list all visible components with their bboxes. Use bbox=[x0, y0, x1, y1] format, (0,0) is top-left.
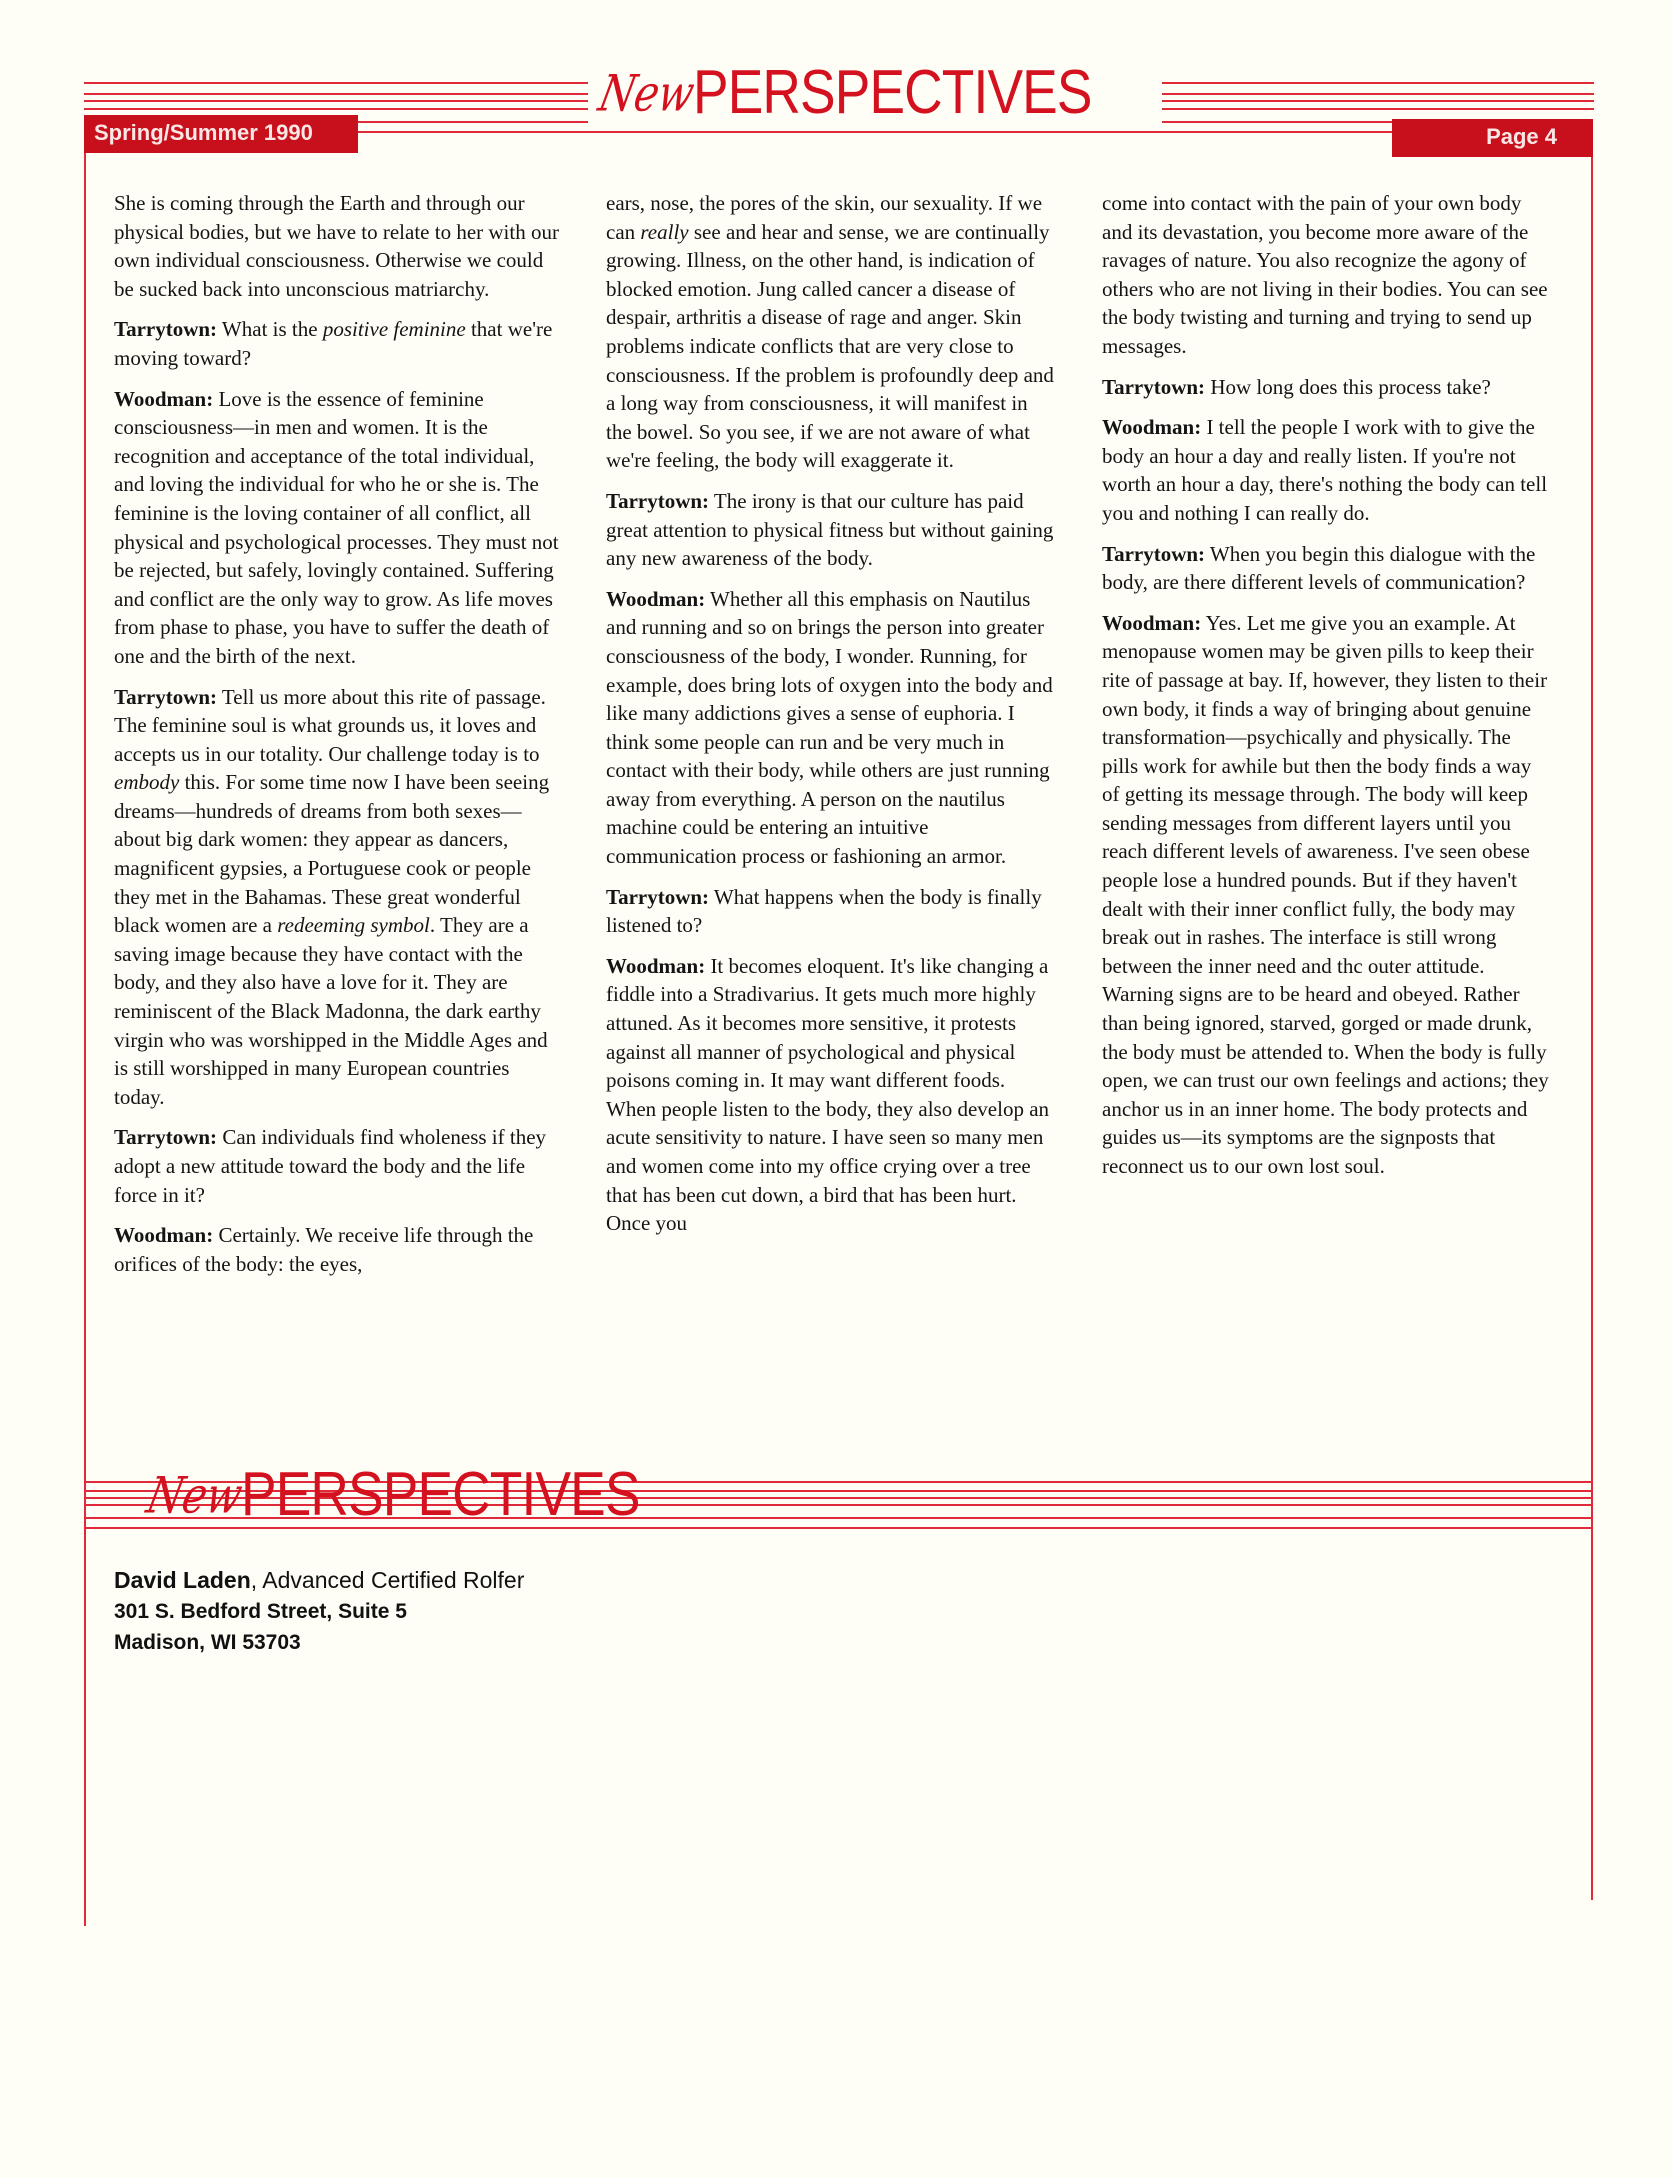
article-paragraph: Tarrytown: Can individuals find wholenes… bbox=[114, 1123, 562, 1209]
masthead-logo: NewPERSPECTIVES bbox=[588, 64, 1162, 123]
speaker-label: Tarrytown: bbox=[606, 885, 709, 909]
speaker-label: Tarrytown: bbox=[1102, 542, 1205, 566]
footer-masthead-logo: NewPERSPECTIVES bbox=[142, 1466, 704, 1525]
emphasis-text: redeeming symbol bbox=[277, 913, 430, 937]
article-paragraph: Tarrytown: What happens when the body is… bbox=[606, 883, 1054, 940]
article-paragraph: Tarrytown: Tell us more about this rite … bbox=[114, 683, 562, 1112]
article-paragraph: Tarrytown: What is the positive feminine… bbox=[114, 315, 562, 372]
article-column-2: ears, nose, the pores of the skin, our s… bbox=[606, 189, 1054, 1250]
article-paragraph: Tarrytown: When you begin this dialogue … bbox=[1102, 540, 1550, 597]
article-column-1: She is coming through the Earth and thro… bbox=[114, 189, 562, 1290]
body-text: Whether all this emphasis on Nautilus an… bbox=[606, 587, 1053, 868]
emphasis-text: really bbox=[640, 220, 688, 244]
speaker-label: Woodman: bbox=[114, 387, 213, 411]
article-column-3: come into contact with the pain of your … bbox=[1102, 189, 1550, 1193]
article-paragraph: Woodman: Yes. Let me give you an example… bbox=[1102, 609, 1550, 1181]
body-text: . They are a saving image because they h… bbox=[114, 913, 548, 1109]
contact-address-line1: 301 S. Bedford Street, Suite 5 bbox=[114, 1596, 524, 1627]
issue-badge: Spring/Summer 1990 bbox=[84, 115, 358, 153]
body-text: see and hear and sense, we are continual… bbox=[606, 220, 1054, 473]
speaker-label: Tarrytown: bbox=[606, 489, 709, 513]
article-paragraph: Woodman: It becomes eloquent. It's like … bbox=[606, 952, 1054, 1238]
body-text: come into contact with the pain of your … bbox=[1102, 191, 1548, 358]
speaker-label: Tarrytown: bbox=[1102, 375, 1205, 399]
body-text: It becomes eloquent. It's like changing … bbox=[606, 954, 1049, 1235]
emphasis-text: embody bbox=[114, 770, 179, 794]
emphasis-text: positive feminine bbox=[323, 317, 466, 341]
body-text: Love is the essence of feminine consciou… bbox=[114, 387, 559, 668]
speaker-label: Woodman: bbox=[114, 1223, 213, 1247]
speaker-label: Woodman: bbox=[606, 954, 705, 978]
logo-perspectives: PERSPECTIVES bbox=[693, 64, 1092, 122]
page-border-left bbox=[84, 153, 86, 1926]
speaker-label: Tarrytown: bbox=[114, 685, 217, 709]
body-text: What is the bbox=[217, 317, 323, 341]
speaker-label: Woodman: bbox=[1102, 415, 1201, 439]
article-paragraph: ears, nose, the pores of the skin, our s… bbox=[606, 189, 1054, 475]
speaker-label: Tarrytown: bbox=[114, 1125, 217, 1149]
contact-address-line2: Madison, WI 53703 bbox=[114, 1627, 524, 1658]
page-number-badge: Page 4 bbox=[1392, 119, 1593, 157]
article-paragraph: Woodman: Certainly. We receive life thro… bbox=[114, 1221, 562, 1278]
article-paragraph: Woodman: Love is the essence of feminine… bbox=[114, 385, 562, 671]
logo-new-script: New bbox=[594, 66, 699, 124]
body-text: Yes. Let me give you an example. At meno… bbox=[1102, 611, 1549, 1178]
body-text: How long does this process take? bbox=[1205, 375, 1491, 399]
contact-title: , Advanced Certified Rolfer bbox=[251, 1567, 525, 1593]
header-rule bbox=[358, 131, 1392, 133]
logo-new-script: New bbox=[142, 1468, 247, 1526]
contact-name: David Laden bbox=[114, 1567, 251, 1593]
speaker-label: Tarrytown: bbox=[114, 317, 217, 341]
article-paragraph: Woodman: Whether all this emphasis on Na… bbox=[606, 585, 1054, 871]
article-paragraph: Woodman: I tell the people I work with t… bbox=[1102, 413, 1550, 527]
article-paragraph: Tarrytown: How long does this process ta… bbox=[1102, 373, 1550, 402]
article-paragraph: Tarrytown: The irony is that our culture… bbox=[606, 487, 1054, 573]
logo-perspectives: PERSPECTIVES bbox=[241, 1466, 640, 1524]
page-border-right bbox=[1591, 157, 1593, 1900]
contact-block: David Laden, Advanced Certified Rolfer 3… bbox=[114, 1565, 524, 1658]
body-text: She is coming through the Earth and thro… bbox=[114, 191, 559, 301]
speaker-label: Woodman: bbox=[1102, 611, 1201, 635]
speaker-label: Woodman: bbox=[606, 587, 705, 611]
article-paragraph: She is coming through the Earth and thro… bbox=[114, 189, 562, 303]
article-paragraph: come into contact with the pain of your … bbox=[1102, 189, 1550, 361]
